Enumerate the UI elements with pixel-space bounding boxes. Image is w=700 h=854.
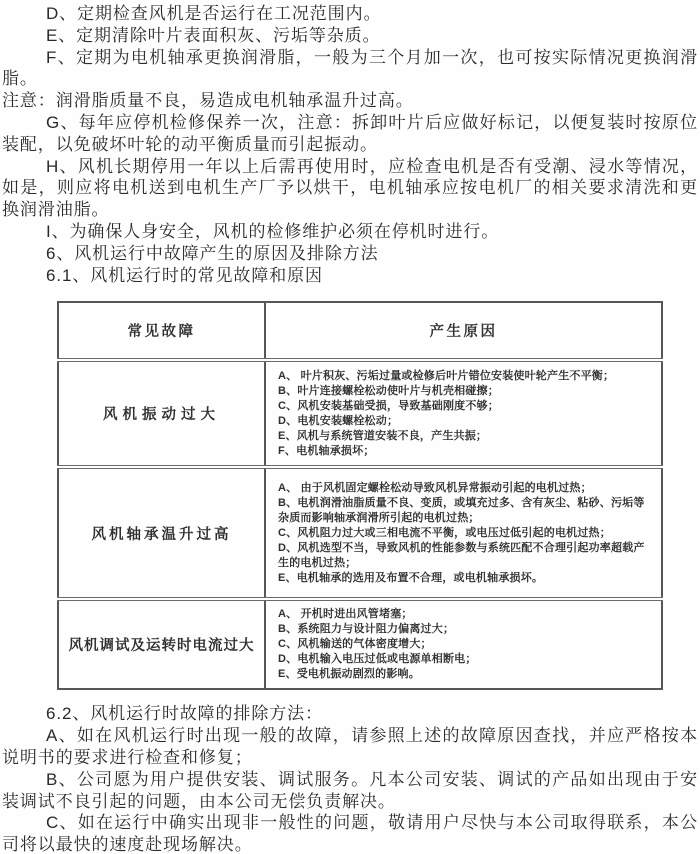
paragraph-item-h: H、风机长期停用一年以上后需再使用时，应检查电机是否有受潮、浸水等情况，如是，则… [2,156,698,221]
cause-line: D、电机输入电压过低或电源单相断电； [278,652,653,667]
cause-cell-overcurrent: A、 开机时进出风管堵塞； B、系统阻力与设计阻力偏离过大； C、风机输送的气体… [265,599,662,689]
section-heading-6-1: 6.1、风机运行时的常见故障和原因 [2,265,698,287]
cause-cell-bearing-temp: A、 由于风机固定螺栓松动导致风机异常振动引起的电机过热； B、电机润滑油脂质量… [265,467,662,599]
paragraph-item-i: I、为确保人身安全，风机的检修维护必须在停机时进行。 [2,221,698,243]
cause-line: B、系统阻力与设计阻力偏离过大； [278,622,653,637]
table-row-vibration: 风机振动过大 A、 叶片积灰、污垢过量或检修后叶片错位安装使叶轮产生不平衡； B… [58,360,662,467]
cause-line: C、风机安装基础受损，导致基础刚度不够； [278,399,653,414]
cause-line: A、 开机时进出风管堵塞； [278,607,653,622]
cause-line: B、叶片连接螺栓松动使叶片与机壳相碰擦； [278,384,653,399]
cause-line: A、 叶片积灰、污垢过量或检修后叶片错位安装使叶轮产生不平衡； [278,369,653,384]
maintenance-items-section: D、定期检查风机是否运行在工况范围内。 E、定期清除叶片表面积灰、污垢等杂质。 … [2,3,698,286]
cause-line: E、受电机振动剧烈的影响。 [278,667,653,682]
table-header-fault: 常见故障 [58,302,265,360]
paragraph-item-e: E、定期清除叶片表面积灰、污垢等杂质。 [2,25,698,47]
fault-cell-bearing-temp: 风机轴承温升过高 [58,467,265,599]
paragraph-remedy-a: A、如在风机运行时出现一般的故障，请参照上述的故障原因查找，并应严格按本说明书的… [2,725,698,769]
cause-line: D、风机选型不当，导致风机的性能参数与系统匹配不合理引起功率超载产生的电机过热； [278,541,653,571]
fault-cause-table: 常见故障 产生原因 风机振动过大 A、 叶片积灰、污垢过量或检修后叶片错位安装使… [57,301,663,690]
paragraph-item-f: F、定期为电机轴承更换润滑脂，一般为三个月加一次，也可按实际情况更换润滑脂。 [2,47,698,91]
table-row-bearing-temp: 风机轴承温升过高 A、 由于风机固定螺栓松动导致风机异常振动引起的电机过热； B… [58,467,662,599]
cause-line: D、电机安装螺栓松动； [278,414,653,429]
troubleshooting-section: 6.2、风机运行时故障的排除方法： A、如在风机运行时出现一般的故障，请参照上述… [2,703,698,854]
cause-line: B、电机润滑油脂质量不良、变质，或填充过多、含有灰尘、粘砂、污垢等杂质而影响轴承… [278,496,653,526]
paragraph-item-d: D、定期检查风机是否运行在工况范围内。 [2,3,698,25]
section-heading-6: 6、风机运行中故障产生的原因及排除方法 [2,243,698,265]
paragraph-item-g: G、每年应停机检修保养一次，注意：拆卸叶片后应做好标记，以便复装时按原位装配，以… [2,112,698,156]
paragraph-note: 注意：润滑脂质量不良，易造成电机轴承温升过高。 [2,90,698,112]
cause-line: E、电机轴承的选用及布置不合理，或电机轴承损坏。 [278,571,653,586]
cause-line: F、电机轴承损坏； [278,444,653,459]
table-header-cause: 产生原因 [265,302,662,360]
paragraph-remedy-c: C、如在运行中确实出现非一般性的问题，敬请用户尽快与本公司取得联系，本公司将以最… [2,812,698,854]
cause-line: C、风机阻力过大或三相电流不平衡，或电压过低引起的电机过热； [278,526,653,541]
fault-cell-overcurrent: 风机调试及运转时电流过大 [58,599,265,689]
fault-cell-vibration: 风机振动过大 [58,360,265,467]
table-row-overcurrent: 风机调试及运转时电流过大 A、 开机时进出风管堵塞； B、系统阻力与设计阻力偏离… [58,599,662,689]
cause-cell-vibration: A、 叶片积灰、污垢过量或检修后叶片错位安装使叶轮产生不平衡； B、叶片连接螺栓… [265,360,662,467]
cause-line: A、 由于风机固定螺栓松动导致风机异常振动引起的电机过热； [278,481,653,496]
table-header-row: 常见故障 产生原因 [58,302,662,360]
section-heading-6-2: 6.2、风机运行时故障的排除方法： [2,703,698,725]
paragraph-remedy-b: B、公司愿为用户提供安装、调试服务。凡本公司安装、调试的产品如出现由于安装调试不… [2,769,698,813]
cause-line: E、风机与系统管道安装不良，产生共振； [278,429,653,444]
cause-line: C、风机输送的气体密度增大； [278,637,653,652]
document-page: D、定期检查风机是否运行在工况范围内。 E、定期清除叶片表面积灰、污垢等杂质。 … [0,0,700,854]
